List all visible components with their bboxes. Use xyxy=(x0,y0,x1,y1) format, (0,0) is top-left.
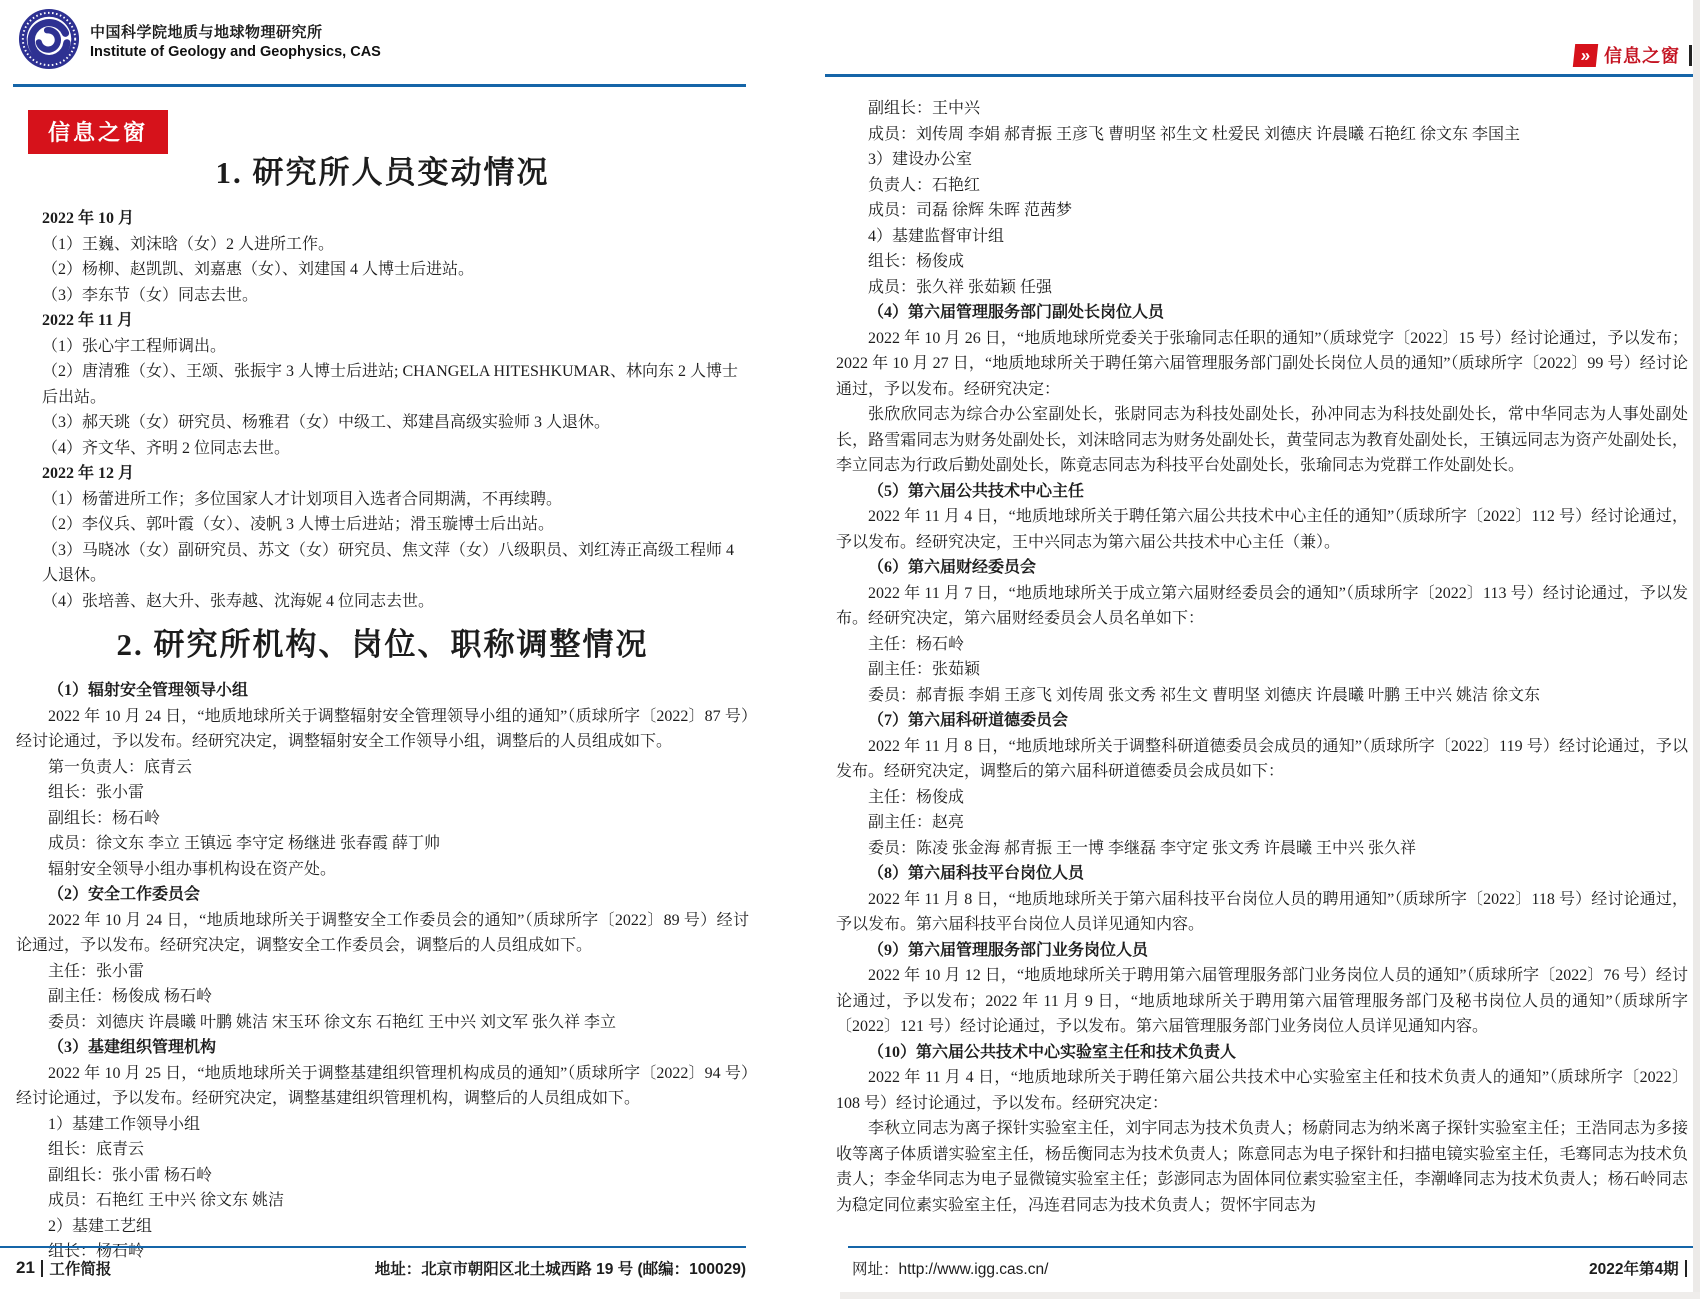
institute-name: 中国科学院地质与地球物理研究所 Institute of Geology and… xyxy=(90,24,381,61)
paragraph: 李秋立同志为离子探针实验室主任，刘宇同志为技术负责人；杨蔚同志为纳米离子探针实验… xyxy=(836,1116,1688,1218)
subsection-heading: （9）第六届管理服务部门业务岗位人员 xyxy=(836,938,1688,964)
paragraph: 2022 年 10 月 24 日，“地质地球所关于调整辐射安全管理领导小组的通知… xyxy=(16,704,749,755)
detail-line: 2）基建工艺组 xyxy=(16,1214,749,1240)
paragraph: 张欣欣同志为综合办公室副处长，张尉同志为科技处副处长，孙冲同志为科技处副处长，常… xyxy=(836,402,1688,479)
detail-line: 副组长：杨石岭 xyxy=(16,806,749,832)
footer-divider xyxy=(1685,1260,1688,1277)
institute-name-cn: 中国科学院地质与地球物理研究所 xyxy=(90,24,381,43)
website-link[interactable]: 网址：http://www.igg.cas.cn/ xyxy=(852,1257,1048,1279)
detail-line: 副主任：张茹颖 xyxy=(836,657,1688,683)
subsection-heading: （4）第六届管理服务部门副处长岗位人员 xyxy=(836,300,1688,326)
section-tab-label: 信息之窗 xyxy=(1604,42,1680,68)
subsection-heading: （7）第六届科研道德委员会 xyxy=(836,708,1688,734)
list-item: （2）李仪兵、郭叶霞（女）、凌帆 3 人博士后进站；滑玉璇博士后出站。 xyxy=(42,512,749,538)
paragraph: 2022 年 11 月 8 日，“地质地球所关于调整科研道德委员会成员的通知”（… xyxy=(836,734,1688,785)
left-header: 中国科学院地质与地球物理研究所 Institute of Geology and… xyxy=(0,0,800,90)
detail-line: 组长：杨俊成 xyxy=(836,249,1688,275)
list-item: （2）杨柳、赵凯凯、刘嘉惠（女）、刘建国 4 人博士后进站。 xyxy=(42,257,749,283)
tab-divider xyxy=(1689,45,1692,66)
left-footer: 21 工作简报 地址：北京市朝阳区北土城西路 19 号 (邮编：100029) xyxy=(16,1257,746,1279)
paragraph: 2022 年 10 月 24 日，“地质地球所关于调整安全工作委员会的通知”（质… xyxy=(16,908,749,959)
right-footer: 网址：http://www.igg.cas.cn/ 2022年第4期 22 xyxy=(852,1257,1700,1279)
list-item: （4）齐文华、齐明 2 位同志去世。 xyxy=(42,436,749,462)
footer-rule xyxy=(0,1246,746,1248)
list-item: （4）张培善、赵大升、张寿越、沈海妮 4 位同志去世。 xyxy=(42,589,749,615)
issue-label: 2022年第4期 xyxy=(1589,1257,1679,1279)
detail-line: 负责人：石艳红 xyxy=(836,173,1688,199)
section-tab: » 信息之窗 xyxy=(1574,42,1692,68)
right-page-content: 副组长：王中兴成员：刘传周 李娟 郝青振 王彦飞 曹明坚 祁生文 杜爱民 刘德庆… xyxy=(836,96,1688,1218)
header-rule xyxy=(825,74,1693,77)
paragraph: 2022 年 11 月 4 日，“地质地球所关于聘任第六届公共技术中心实验室主任… xyxy=(836,1065,1688,1116)
subsection-heading: （1）辐射安全管理领导小组 xyxy=(16,678,749,704)
detail-line: 副组长：张小雷 杨石岭 xyxy=(16,1163,749,1189)
detail-line: 委员：郝青振 李娟 王彦飞 刘传周 张文秀 祁生文 曹明坚 刘德庆 许晨曦 叶鹏… xyxy=(836,683,1688,709)
paragraph: 2022 年 10 月 12 日，“地质地球所关于聘用第六届管理服务部门业务岗位… xyxy=(836,963,1688,1040)
left-page-content: 1. 研究所人员变动情况2022 年 10 月（1）王巍、刘沫晗（女）2 人进所… xyxy=(16,142,749,1265)
header-rule xyxy=(13,84,746,87)
journal-title: 工作简报 xyxy=(49,1257,111,1279)
detail-line: 成员：司磊 徐辉 朱晖 范茜梦 xyxy=(836,198,1688,224)
detail-line: 主任：杨石岭 xyxy=(836,632,1688,658)
institute-logo-icon xyxy=(18,8,80,70)
page-number: 21 xyxy=(16,1258,35,1278)
detail-line: 主任：杨俊成 xyxy=(836,785,1688,811)
detail-line: 委员：陈凌 张金海 郝青振 王一博 李继磊 李守定 张文秀 许晨曦 王中兴 张久… xyxy=(836,836,1688,862)
detail-line: 成员：石艳红 王中兴 徐文东 姚洁 xyxy=(16,1188,749,1214)
list-item: （1）王巍、刘沫晗（女）2 人进所工作。 xyxy=(42,232,749,258)
detail-line: 辐射安全领导小组办事机构设在资产处。 xyxy=(16,857,749,883)
list-item: （1）张心宇工程师调出。 xyxy=(42,334,749,360)
list-item: （2）唐清雅（女）、王颂、张振宇 3 人博士后进站; CHANGELA HITE… xyxy=(42,359,749,410)
detail-line: 1）基建工作领导小组 xyxy=(16,1112,749,1138)
paragraph: 2022 年 11 月 8 日，“地质地球所关于第六届科技平台岗位人员的聘用通知… xyxy=(836,887,1688,938)
detail-line: 组长：底青云 xyxy=(16,1137,749,1163)
paragraph: 2022 年 11 月 7 日，“地质地球所关于成立第六届财经委员会的通知”（质… xyxy=(836,581,1688,632)
paragraph: 2022 年 10 月 25 日，“地质地球所关于调整基建组织管理机构成员的通知… xyxy=(16,1061,749,1112)
detail-line: 成员：徐文东 李立 王镇远 李守定 杨继进 张春霞 薛丁帅 xyxy=(16,831,749,857)
list-item: （1）杨蕾进所工作；多位国家人才计划项目入选者合同期满，不再续聘。 xyxy=(42,487,749,513)
detail-line: 第一负责人：底青云 xyxy=(16,755,749,781)
detail-line: 组长：张小雷 xyxy=(16,780,749,806)
subsection-heading: （2）安全工作委员会 xyxy=(16,882,749,908)
detail-line: 主任：张小雷 xyxy=(16,959,749,985)
subsection-heading: （3）基建组织管理机构 xyxy=(16,1035,749,1061)
institute-name-en: Institute of Geology and Geophysics, CAS xyxy=(90,43,381,61)
list-item: （3）郝天珧（女）研究员、杨雅君（女）中级工、郑建昌高级实验师 3 人退休。 xyxy=(42,410,749,436)
scan-edge xyxy=(1693,0,1700,1299)
paragraph: 2022 年 11 月 4 日，“地质地球所关于聘任第六届公共技术中心主任的通知… xyxy=(836,504,1688,555)
detail-line: 3）建设办公室 xyxy=(836,147,1688,173)
month-heading: 2022 年 10 月 xyxy=(42,206,749,232)
footer-divider xyxy=(41,1260,44,1277)
page-left: 中国科学院地质与地球物理研究所 Institute of Geology and… xyxy=(0,0,800,1299)
detail-line: 成员：刘传周 李娟 郝青振 王彦飞 曹明坚 祁生文 杜爱民 刘德庆 许晨曦 石艳… xyxy=(836,122,1688,148)
chevron-right-icon: » xyxy=(1573,44,1598,67)
page-right: » 信息之窗 副组长：王中兴成员：刘传周 李娟 郝青振 王彦飞 曹明坚 祁生文 … xyxy=(820,0,1700,1299)
detail-line: 4）基建监督审计组 xyxy=(836,224,1688,250)
detail-line: 副主任：赵亮 xyxy=(836,810,1688,836)
detail-line: 成员：张久祥 张茹颖 任强 xyxy=(836,275,1688,301)
subsection-heading: （6）第六届财经委员会 xyxy=(836,555,1688,581)
section-heading: 1. 研究所人员变动情况 xyxy=(16,152,749,194)
footer-rule xyxy=(848,1246,1700,1248)
section-heading: 2. 研究所机构、岗位、职称调整情况 xyxy=(16,624,749,666)
subsection-heading: （5）第六届公共技术中心主任 xyxy=(836,479,1688,505)
newsletter-spread: { "header": { "org_cn": "中国科学院地质与地球物理研究所… xyxy=(0,0,1700,1299)
detail-line: 副主任：杨俊成 杨石岭 xyxy=(16,984,749,1010)
paragraph: 2022 年 10 月 26 日，“地质地球所党委关于张瑜同志任职的通知”（质球… xyxy=(836,326,1688,403)
detail-line: 副组长：王中兴 xyxy=(836,96,1688,122)
address-text: 地址：北京市朝阳区北土城西路 19 号 (邮编：100029) xyxy=(375,1257,746,1279)
list-item: （3）李东节（女）同志去世。 xyxy=(42,283,749,309)
subsection-heading: （10）第六届公共技术中心实验室主任和技术负责人 xyxy=(836,1040,1688,1066)
month-heading: 2022 年 11 月 xyxy=(42,308,749,334)
detail-line: 委员：刘德庆 许晨曦 叶鹏 姚洁 宋玉环 徐文东 石艳红 王中兴 刘文军 张久祥… xyxy=(16,1010,749,1036)
scan-edge-bottom xyxy=(840,1292,1700,1299)
month-heading: 2022 年 12 月 xyxy=(42,461,749,487)
list-item: （3）马晓冰（女）副研究员、苏文（女）研究员、焦文萍（女）八级职员、刘红涛正高级… xyxy=(42,538,749,589)
subsection-heading: （8）第六届科技平台岗位人员 xyxy=(836,861,1688,887)
